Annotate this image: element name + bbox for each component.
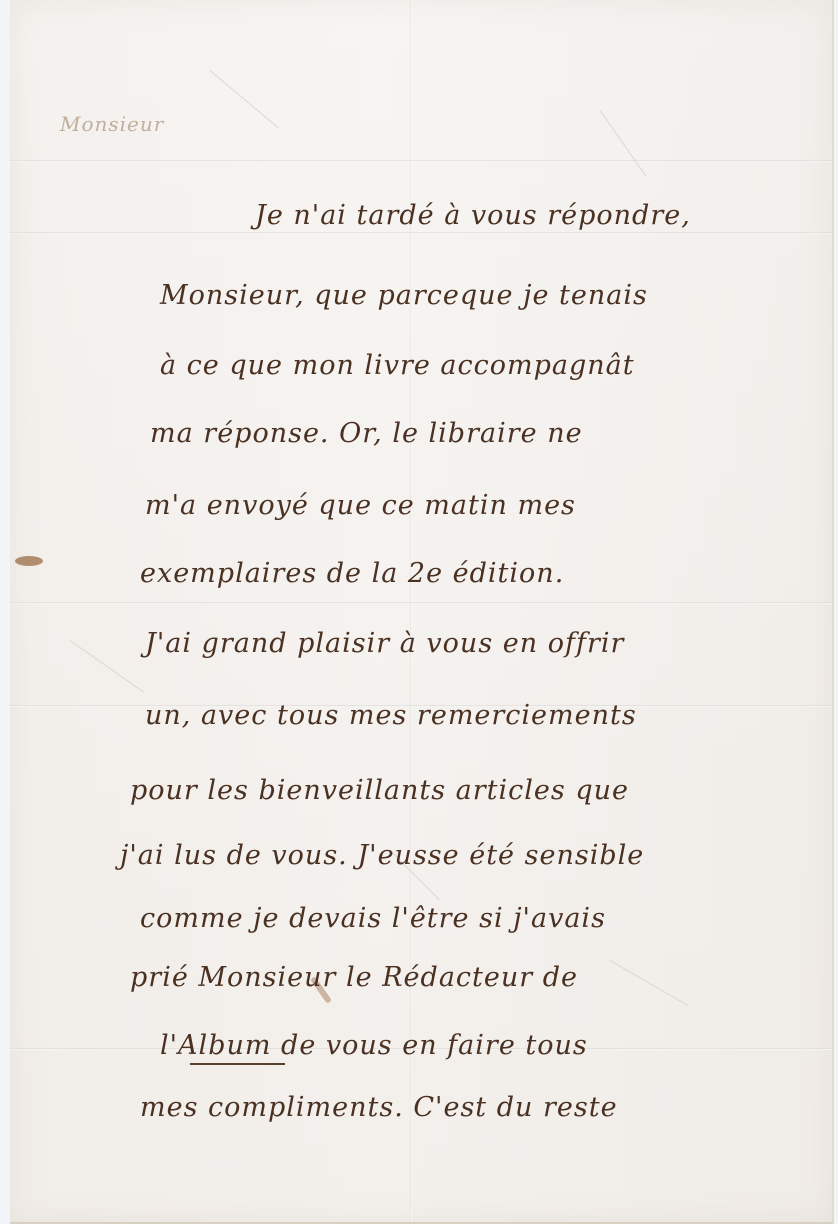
crease [600, 110, 647, 176]
letter-line-3: à ce que mon livre accompagnât [160, 350, 635, 381]
letter-page: Monsieur Je n'ai tardé à vous répondre, … [10, 0, 834, 1224]
crease [610, 960, 688, 1006]
album-underline [190, 1063, 285, 1065]
letter-line-8: un, avec tous mes remerciements [145, 700, 637, 731]
crease [70, 640, 144, 692]
fold-line [10, 602, 832, 604]
letter-line-12: prié Monsieur le Rédacteur de [130, 962, 578, 993]
faded-header-note: Monsieur [60, 112, 164, 136]
letter-line-10: j'ai lus de vous. J'eusse été sensible [120, 840, 644, 871]
letter-line-13: l'Album de vous en faire tous [160, 1030, 588, 1061]
letter-line-1: Je n'ai tardé à vous répondre, [255, 200, 691, 231]
fold-line [10, 160, 832, 162]
letter-line-6: exemplaires de la 2e édition. [140, 558, 564, 589]
ink-stain [15, 556, 43, 566]
letter-line-9: pour les bienveillants articles que [130, 775, 629, 806]
letter-line-2: Monsieur, que parceque je tenais [160, 280, 648, 311]
scan-background: Monsieur Je n'ai tardé à vous répondre, … [0, 0, 838, 1224]
fold-line [10, 232, 832, 234]
letter-line-5: m'a envoyé que ce matin mes [145, 490, 576, 521]
crease [210, 70, 280, 129]
letter-line-4: ma réponse. Or, le libraire ne [150, 418, 583, 449]
letter-line-7: J'ai grand plaisir à vous en offrir [145, 628, 624, 659]
letter-line-14: mes compliments. C'est du reste [140, 1092, 618, 1123]
letter-line-11: comme je devais l'être si j'avais [140, 903, 606, 934]
